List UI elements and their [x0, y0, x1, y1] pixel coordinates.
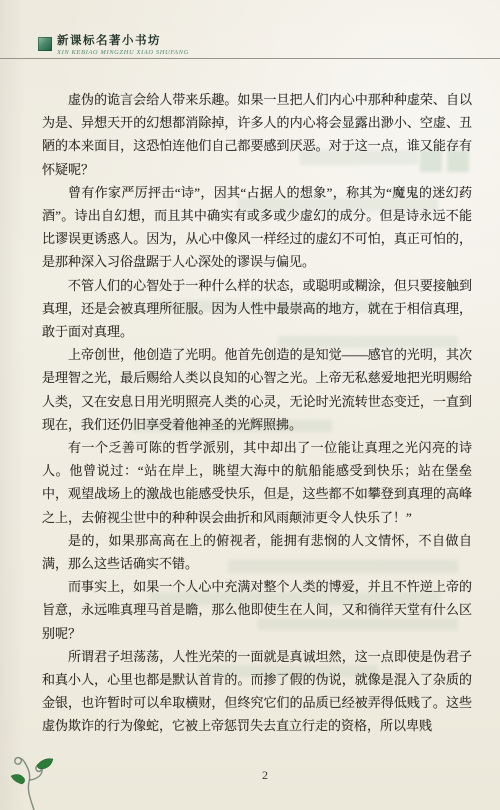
series-logo-icon	[38, 37, 52, 51]
page-header: 新课标名著小书坊 XIN KEBIAO MINGZHU XIAO SHUFANG	[38, 36, 189, 56]
book-page: 新课标名著小书坊 XIN KEBIAO MINGZHU XIAO SHUFANG…	[0, 0, 500, 810]
paragraph: 虚伪的诡言会给人带来乐趣。如果一旦把人们内心中那种种虚荣、自以为是、异想天开的幻…	[42, 88, 472, 181]
paragraph: 曾有作家严厉抨击“诗”，因其“占据人的想象”，称其为“魔鬼的迷幻药酒”。诗出自幻…	[42, 181, 472, 274]
paragraph: 所谓君子坦荡荡，人性光荣的一面就是真诚坦然，这一点即使是伪君子和真小人，心里也都…	[42, 645, 472, 738]
vine-leaf-ornament-icon	[4, 744, 68, 810]
paragraph: 上帝创世，他创造了光明。他首先创造的是知觉——感官的光明，其次是理智之光，最后赐…	[42, 343, 472, 436]
header-divider	[0, 58, 500, 59]
paragraph: 而事实上，如果一个人心中充满对整个人类的博爱，并且不忤逆上帝的旨意，永远唯真理马…	[42, 575, 472, 645]
paragraph: 是的，如果那高高在上的俯视者，能拥有悲悯的人文情怀，不自做自满，那么这些话确实不…	[42, 529, 472, 575]
body-text: 虚伪的诡言会给人带来乐趣。如果一旦把人们内心中那种种虚荣、自以为是、异想天开的幻…	[42, 88, 472, 738]
paragraph: 有一个乏善可陈的哲学派别，其中却出了一位能让真理之光闪亮的诗人。他曾说过：“站在…	[42, 436, 472, 529]
series-header-text: 新课标名著小书坊 XIN KEBIAO MINGZHU XIAO SHUFANG	[57, 36, 189, 56]
series-title: 新课标名著小书坊	[57, 36, 189, 48]
series-subtitle-pinyin: XIN KEBIAO MINGZHU XIAO SHUFANG	[57, 50, 189, 57]
paragraph: 不管人们的心智处于一种什么样的状态，或聪明或糊涂，但只要接触到真理，还是会被真理…	[42, 274, 472, 344]
page-number: 2	[0, 768, 500, 783]
